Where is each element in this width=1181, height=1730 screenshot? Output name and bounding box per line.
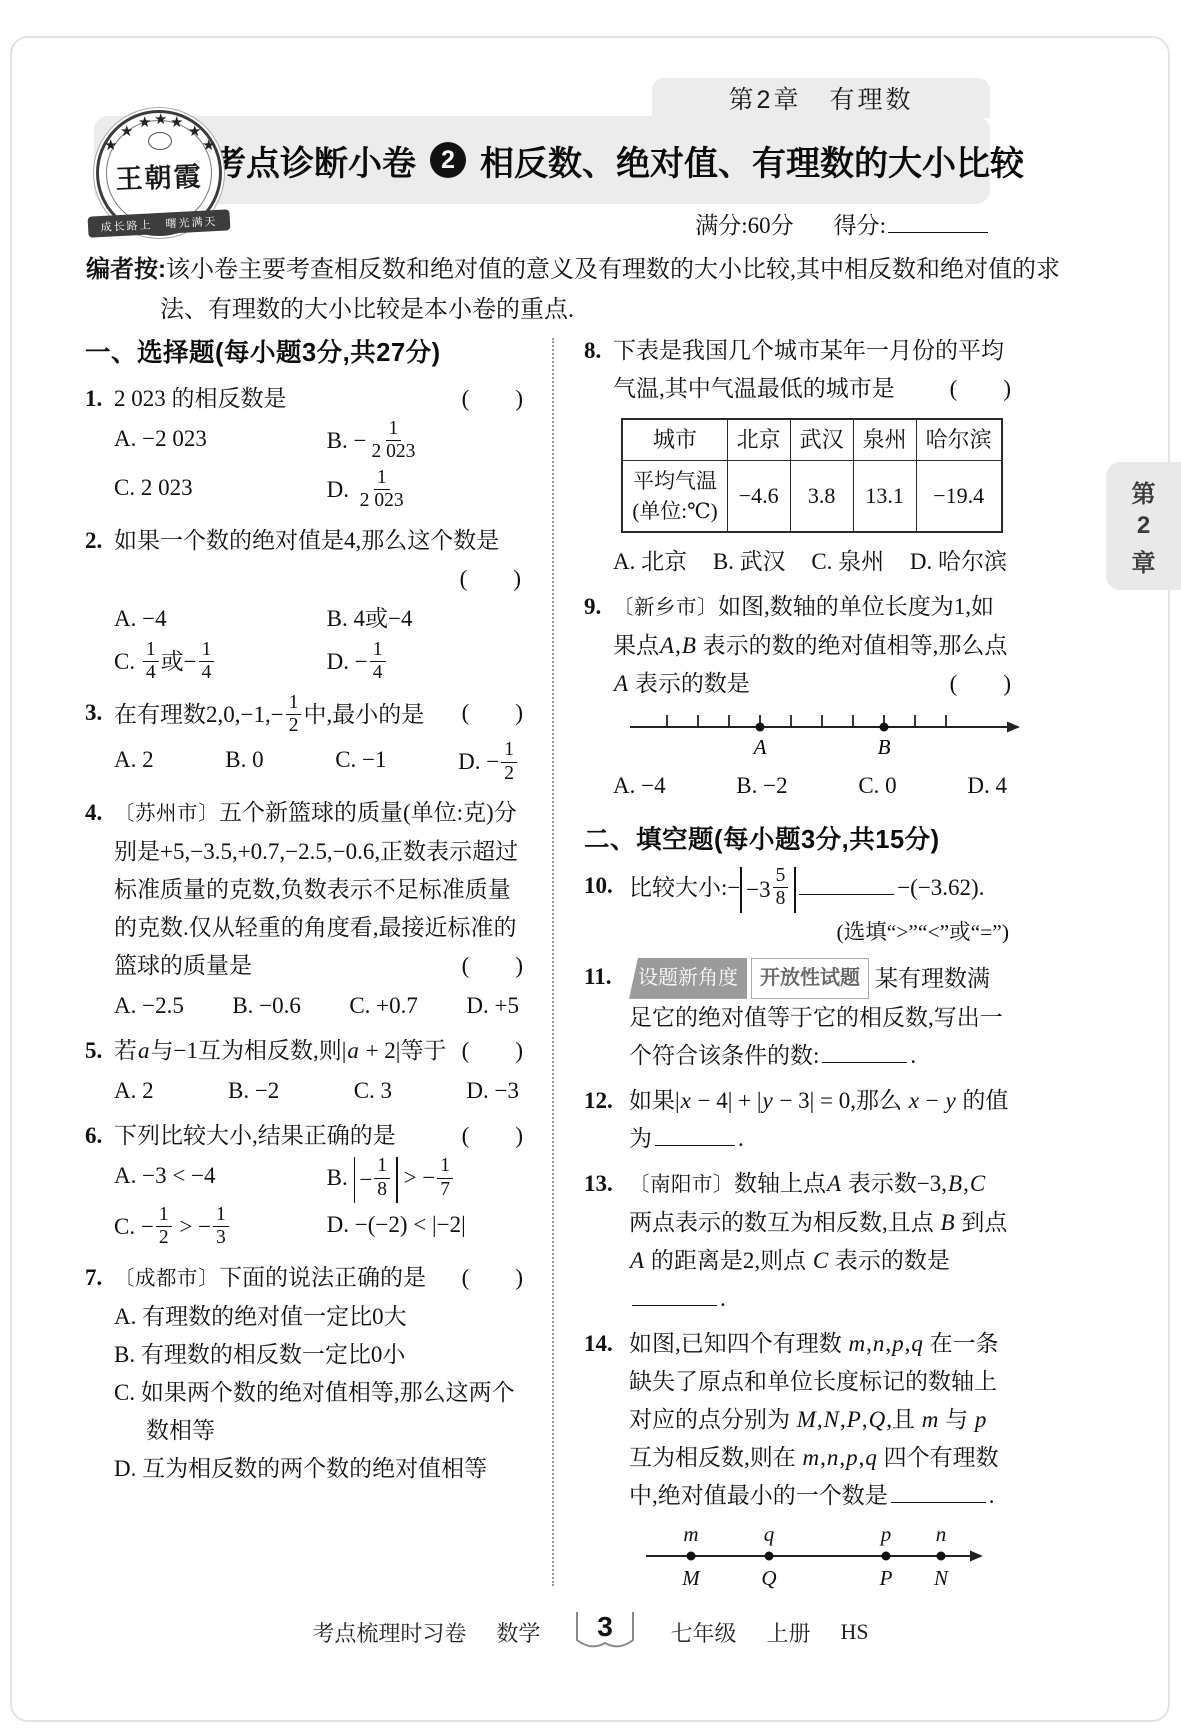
table-cell: 武汉 <box>790 419 853 461</box>
option-b: B. −12 023 <box>327 420 523 466</box>
question-number: 13. <box>584 1165 613 1203</box>
answer-paren: ( ) <box>950 370 1011 408</box>
option-a: A. −2 023 <box>114 420 327 466</box>
options: A. −2 023 B. −12 023 C. 2 023 D. 12 023 <box>114 420 523 515</box>
options: A. −4 B. −2 C. 0 D. 4 <box>613 767 1011 805</box>
point-a-label: A <box>752 735 767 759</box>
question-number: 11. <box>584 958 611 996</box>
stem-text: 如果一个数的绝对值是4,那么这个数是 <box>114 528 499 553</box>
question-1: 1. 2 023 的相反数是 ( ) A. −2 023 B. −12 023 … <box>85 380 523 515</box>
stem-text: 如图,已知四个有理数 m,n,p,q 在一条缺失了原点和单位长度标记的数轴上对应… <box>629 1331 999 1508</box>
answer-paren: ( ) <box>462 380 523 418</box>
side-tab-char: 2 <box>1137 512 1150 540</box>
option-d: D. 哈尔滨 <box>910 543 1007 581</box>
question-13: 13. 〔南阳市〕数轴上点A 表示数−3,B,C 两点表示的数互为相反数,且点 … <box>584 1165 1011 1318</box>
question-number: 10. <box>584 867 613 905</box>
option-c: C. 如果两个数的绝对值相等,那么这两个数相等 <box>114 1374 523 1450</box>
value-q-label: q <box>764 1522 775 1546</box>
option-d: D. +5 <box>466 987 519 1025</box>
question-number: 7. <box>85 1259 102 1297</box>
title-number-badge: 2 <box>430 142 466 178</box>
question-12: 12. 如果|x − 4| + |y − 3| = 0,那么 x − y 的值为… <box>584 1082 1011 1158</box>
answer-paren: ( ) <box>462 947 523 985</box>
option-a: A. −2.5 <box>114 987 184 1025</box>
value-m-label: m <box>683 1522 698 1546</box>
question-9: 9. 〔新乡市〕如图,数轴的单位长度为1,如果点A,B 表示的数的绝对值相等,那… <box>584 588 1011 805</box>
side-tab-char: 章 <box>1132 543 1156 578</box>
score-blank <box>888 208 988 233</box>
axis-arrow-icon <box>1007 722 1020 733</box>
option-b: B. 有理数的相反数一定比0小 <box>114 1336 523 1374</box>
source-tag: 〔南阳市〕 <box>629 1174 734 1196</box>
question-stem: 〔成都市〕下面的说法正确的是 ( ) <box>114 1259 523 1298</box>
stem-text: 五个新篮球的质量(单位:克)分别是+5,−3.5,+0.7,−2.5,−0.6,… <box>114 800 518 978</box>
option-b: B. −2 <box>736 767 787 805</box>
right-column: 8. 下表是我国几个城市某年一月份的平均气温,其中气温最低的城市是 ( ) 城市… <box>584 332 1011 1600</box>
table-cell: −4.6 <box>727 461 790 533</box>
editor-note-text: 该小卷主要考查相反数和绝对值的意义及有理数的大小比较,其中相反数和绝对值的求法、… <box>160 257 1060 323</box>
option-c: C. 泉州 <box>811 543 884 581</box>
table-cell: 平均气温 (单位:℃) <box>622 461 727 533</box>
table-cell: 城市 <box>622 419 727 461</box>
question-number: 6. <box>85 1117 102 1155</box>
question-11: 11. 设题新角度开放性试题某有理数满足它的绝对值等于它的相反数,写出一个符合该… <box>584 958 1011 1075</box>
option-d: D. 4 <box>967 767 1007 805</box>
point-n-label: N <box>933 1566 949 1590</box>
star-icon <box>170 113 183 132</box>
option-c: C. 0 <box>858 767 896 805</box>
table-cell: 13.1 <box>853 461 916 533</box>
number-line-figure: A B <box>627 707 1022 765</box>
score-label: 得分: <box>834 213 886 238</box>
option-a: A. 有理数的绝对值一定比0大 <box>114 1298 523 1336</box>
star-icon <box>138 113 151 132</box>
option-d: D. −3 <box>466 1072 519 1110</box>
source-tag: 〔苏州市〕 <box>114 803 219 825</box>
unlabeled-number-line-figure: m q p n M Q P N <box>643 1519 988 1593</box>
table-cell: 哈尔滨 <box>916 419 1002 461</box>
score-line: 满分:60分得分: <box>0 207 990 240</box>
column-divider <box>552 338 554 1586</box>
left-column: 一、选择题(每小题3分,共27分) 1. 2 023 的相反数是 ( ) A. … <box>85 332 523 1495</box>
point-b-marker <box>880 723 889 732</box>
point-p-marker <box>882 1551 891 1560</box>
table-cell: −19.4 <box>916 461 1002 533</box>
fill-hint: (选填“>”“<”或“=”) <box>629 913 1011 951</box>
question-number: 1. <box>85 380 102 418</box>
option-c: C. −12 > −13 <box>114 1206 327 1252</box>
footer-edition: HS <box>840 1619 868 1645</box>
option-d: D. 互为相反数的两个数的绝对值相等 <box>114 1450 523 1488</box>
question-2: 2. 如果一个数的绝对值是4,那么这个数是 ( ) A. −4 B. 4或−4 … <box>85 522 523 687</box>
badge-open-question: 开放性试题 <box>751 958 869 999</box>
question-stem: 〔南阳市〕数轴上点A 表示数−3,B,C 两点表示的数互为相反数,且点 B 到点… <box>629 1165 1011 1318</box>
footer-subject: 数学 <box>496 1617 540 1648</box>
table-cell: 3.8 <box>790 461 853 533</box>
page-number: 3 <box>598 1611 614 1642</box>
question-8: 8. 下表是我国几个城市某年一月份的平均气温,其中气温最低的城市是 ( ) 城市… <box>584 332 1011 581</box>
stem-text: 下表是我国几个城市某年一月份的平均气温,其中气温最低的城市是 <box>613 338 1004 401</box>
option-c: C. +0.7 <box>349 987 418 1025</box>
stem-text: 比较大小:−−358−(−3.62). <box>629 875 984 900</box>
question-3: 3. 在有理数2,0,−1,−12中,最小的是 ( ) A. 2 B. 0 C.… <box>85 694 523 788</box>
option-d: D. 12 023 <box>327 469 523 515</box>
question-stem: 如果一个数的绝对值是4,那么这个数是 <box>114 522 523 560</box>
option-b: B. 4或−4 <box>327 600 523 638</box>
stem-text: 在有理数2,0,−1,−12中,最小的是 <box>114 694 424 740</box>
table-cell: 北京 <box>727 419 790 461</box>
question-stem: 下列比较大小,结果正确的是 ( ) <box>114 1117 523 1155</box>
stem-text: 2 023 的相反数是 <box>114 380 287 418</box>
question-stem: 设题新角度开放性试题某有理数满足它的绝对值等于它的相反数,写出一个符合该条件的数… <box>629 958 1011 1075</box>
stem-text: 如果|x − 4| + |y − 3| = 0,那么 x − y 的值为. <box>629 1088 1008 1151</box>
option-a: A. −3 < −4 <box>114 1157 327 1203</box>
worksheet-page: { "header": { "chapter_tab": "第2章 有理数", … <box>0 0 1181 1730</box>
question-stem: 在有理数2,0,−1,−12中,最小的是 ( ) <box>114 694 523 740</box>
table-cell: 泉州 <box>853 419 916 461</box>
page-footer: 考点梳理时习卷 数学 3 七年级 上册 HS <box>0 1608 1181 1656</box>
option-d: D. −14 <box>327 641 523 687</box>
temperature-table: 城市 北京 武汉 泉州 哈尔滨 平均气温 (单位:℃) −4.6 3.8 13.… <box>621 418 1002 533</box>
chapter-tab: 第2章 有理数 <box>652 78 990 118</box>
option-b: B. −0.6 <box>232 987 301 1025</box>
question-stem: 比较大小:−−358−(−3.62). <box>629 867 1011 913</box>
question-number: 14. <box>584 1325 613 1363</box>
point-b-label: B <box>878 735 891 759</box>
footer-grade: 七年级 <box>670 1617 736 1648</box>
badge-new-angle: 设题新角度 <box>629 958 747 999</box>
editor-note-label: 编者按: <box>86 256 166 283</box>
star-icon <box>188 122 201 141</box>
star-icon <box>104 136 117 155</box>
question-number: 2. <box>85 522 102 560</box>
answer-paren: ( ) <box>950 665 1011 703</box>
tick-marks <box>667 715 946 727</box>
options: A. 2 B. 0 C. −1 D. −12 <box>114 741 523 787</box>
question-stem: 〔苏州市〕五个新篮球的质量(单位:克)分别是+5,−3.5,+0.7,−2.5,… <box>114 794 523 985</box>
page-title: 考点诊断小卷 2 相反数、绝对值、有理数的大小比较 <box>212 116 1024 204</box>
section-title-blank: 二、填空题(每小题3分,共15分) <box>584 821 1011 859</box>
title-main: 相反数、绝对值、有理数的大小比较 <box>480 136 1024 185</box>
answer-paren: ( ) <box>462 694 523 732</box>
question-14: 14. 如图,已知四个有理数 m,n,p,q 在一条缺失了原点和单位长度标记的数… <box>584 1325 1011 1593</box>
title-prefix: 考点诊断小卷 <box>212 136 416 185</box>
option-d: D. −(−2) < |−2| <box>327 1206 523 1252</box>
point-p-label: P <box>879 1566 893 1590</box>
option-d: D. −12 <box>458 741 519 787</box>
point-q-marker <box>765 1551 774 1560</box>
question-7: 7. 〔成都市〕下面的说法正确的是 ( ) A. 有理数的绝对值一定比0大 B.… <box>85 1259 523 1488</box>
option-c: C. 3 <box>354 1072 392 1110</box>
header-box: 考点诊断小卷 2 相反数、绝对值、有理数的大小比较 <box>94 116 990 204</box>
question-stem: 〔新乡市〕如图,数轴的单位长度为1,如果点A,B 表示的数的绝对值相等,那么点 … <box>613 588 1011 703</box>
star-icon <box>120 122 133 141</box>
point-m-marker <box>687 1551 696 1560</box>
option-b: B. 武汉 <box>713 543 786 581</box>
axis-arrow-icon <box>970 1550 983 1561</box>
logo-name: 王朝霞 <box>95 154 222 197</box>
side-tab-char: 第 <box>1132 474 1156 509</box>
question-stem: 如图,已知四个有理数 m,n,p,q 在一条缺失了原点和单位长度标记的数轴上对应… <box>629 1325 1011 1515</box>
question-number: 8. <box>584 332 601 370</box>
source-tag: 〔成都市〕 <box>114 1268 219 1290</box>
question-5: 5. 若a与−1互为相反数,则|a + 2|等于 ( ) A. 2 B. −2 … <box>85 1032 523 1110</box>
answer-paren: ( ) <box>114 560 523 598</box>
value-n-label: n <box>936 1522 947 1546</box>
side-chapter-tab: 第 2 章 <box>1106 462 1181 590</box>
logo-portrait-icon <box>148 132 172 150</box>
question-stem: 如果|x − 4| + |y − 3| = 0,那么 x − y 的值为. <box>629 1082 1011 1158</box>
answer-paren: ( ) <box>462 1032 523 1070</box>
option-a: A. −4 <box>114 600 327 638</box>
table-row: 城市 北京 武汉 泉州 哈尔滨 <box>622 419 1001 461</box>
question-stem: 2 023 的相反数是 ( ) <box>114 380 523 418</box>
page-number-book-icon: 3 <box>570 1608 640 1656</box>
editor-note: 编者按:该小卷主要考查相反数和绝对值的意义及有理数的大小比较,其中相反数和绝对值… <box>86 250 1086 330</box>
question-number: 3. <box>85 694 102 732</box>
chapter-tab-label: 第2章 有理数 <box>729 80 914 116</box>
footer-volume: 上册 <box>766 1617 810 1648</box>
question-stem: 下表是我国几个城市某年一月份的平均气温,其中气温最低的城市是 ( ) <box>613 332 1011 408</box>
options: A. 有理数的绝对值一定比0大 B. 有理数的相反数一定比0小 C. 如果两个数… <box>114 1298 523 1488</box>
stem-text: 〔成都市〕下面的说法正确的是 <box>114 1259 426 1298</box>
stem-text: 下列比较大小,结果正确的是 <box>114 1117 396 1155</box>
question-number: 12. <box>584 1082 613 1120</box>
point-n-marker <box>937 1551 946 1560</box>
question-4: 4. 〔苏州市〕五个新篮球的质量(单位:克)分别是+5,−3.5,+0.7,−2… <box>85 794 523 1025</box>
option-b: B. −18 > −17 <box>327 1157 523 1203</box>
option-c: C. 2 023 <box>114 469 327 515</box>
options: A. −4 B. 4或−4 C. 14或−14 D. −14 <box>114 600 523 687</box>
value-p-label: p <box>879 1522 892 1546</box>
question-10: 10. 比较大小:−−358−(−3.62). (选填“>”“<”或“=”) <box>584 867 1011 951</box>
point-q-label: Q <box>761 1566 776 1590</box>
question-number: 9. <box>584 588 601 626</box>
footer-series: 考点梳理时习卷 <box>312 1617 466 1648</box>
option-a: A. 北京 <box>613 543 687 581</box>
option-a: A. −4 <box>613 767 666 805</box>
source-tag: 〔新乡市〕 <box>613 597 718 619</box>
options: A. 2 B. −2 C. 3 D. −3 <box>114 1072 523 1110</box>
star-icon <box>202 136 215 155</box>
options: A. 北京 B. 武汉 C. 泉州 D. 哈尔滨 <box>613 543 1011 581</box>
full-score-label: 满分:60分 <box>695 213 793 238</box>
question-number: 5. <box>85 1032 102 1070</box>
question-stem: 若a与−1互为相反数,则|a + 2|等于 ( ) <box>114 1032 523 1070</box>
options: A. −2.5 B. −0.6 C. +0.7 D. +5 <box>114 987 523 1025</box>
stem-text: 若a与−1互为相反数,则|a + 2|等于 <box>114 1032 446 1070</box>
point-a-marker <box>756 723 765 732</box>
question-6: 6. 下列比较大小,结果正确的是 ( ) A. −3 < −4 B. −18 >… <box>85 1117 523 1252</box>
section-title-choice: 一、选择题(每小题3分,共27分) <box>85 334 523 372</box>
options: A. −3 < −4 B. −18 > −17 C. −12 > −13 D. … <box>114 1157 523 1252</box>
option-b: B. 0 <box>225 741 263 787</box>
option-c: C. 14或−14 <box>114 641 327 687</box>
option-b: B. −2 <box>228 1072 279 1110</box>
option-c: C. −1 <box>335 741 386 787</box>
star-icon <box>154 110 167 129</box>
question-number: 4. <box>85 794 102 832</box>
point-m-label: M <box>681 1566 701 1590</box>
answer-paren: ( ) <box>462 1259 523 1297</box>
answer-paren: ( ) <box>462 1117 523 1155</box>
option-a: A. 2 <box>114 741 154 787</box>
table-row: 平均气温 (单位:℃) −4.6 3.8 13.1 −19.4 <box>622 461 1001 533</box>
option-a: A. 2 <box>114 1072 154 1110</box>
